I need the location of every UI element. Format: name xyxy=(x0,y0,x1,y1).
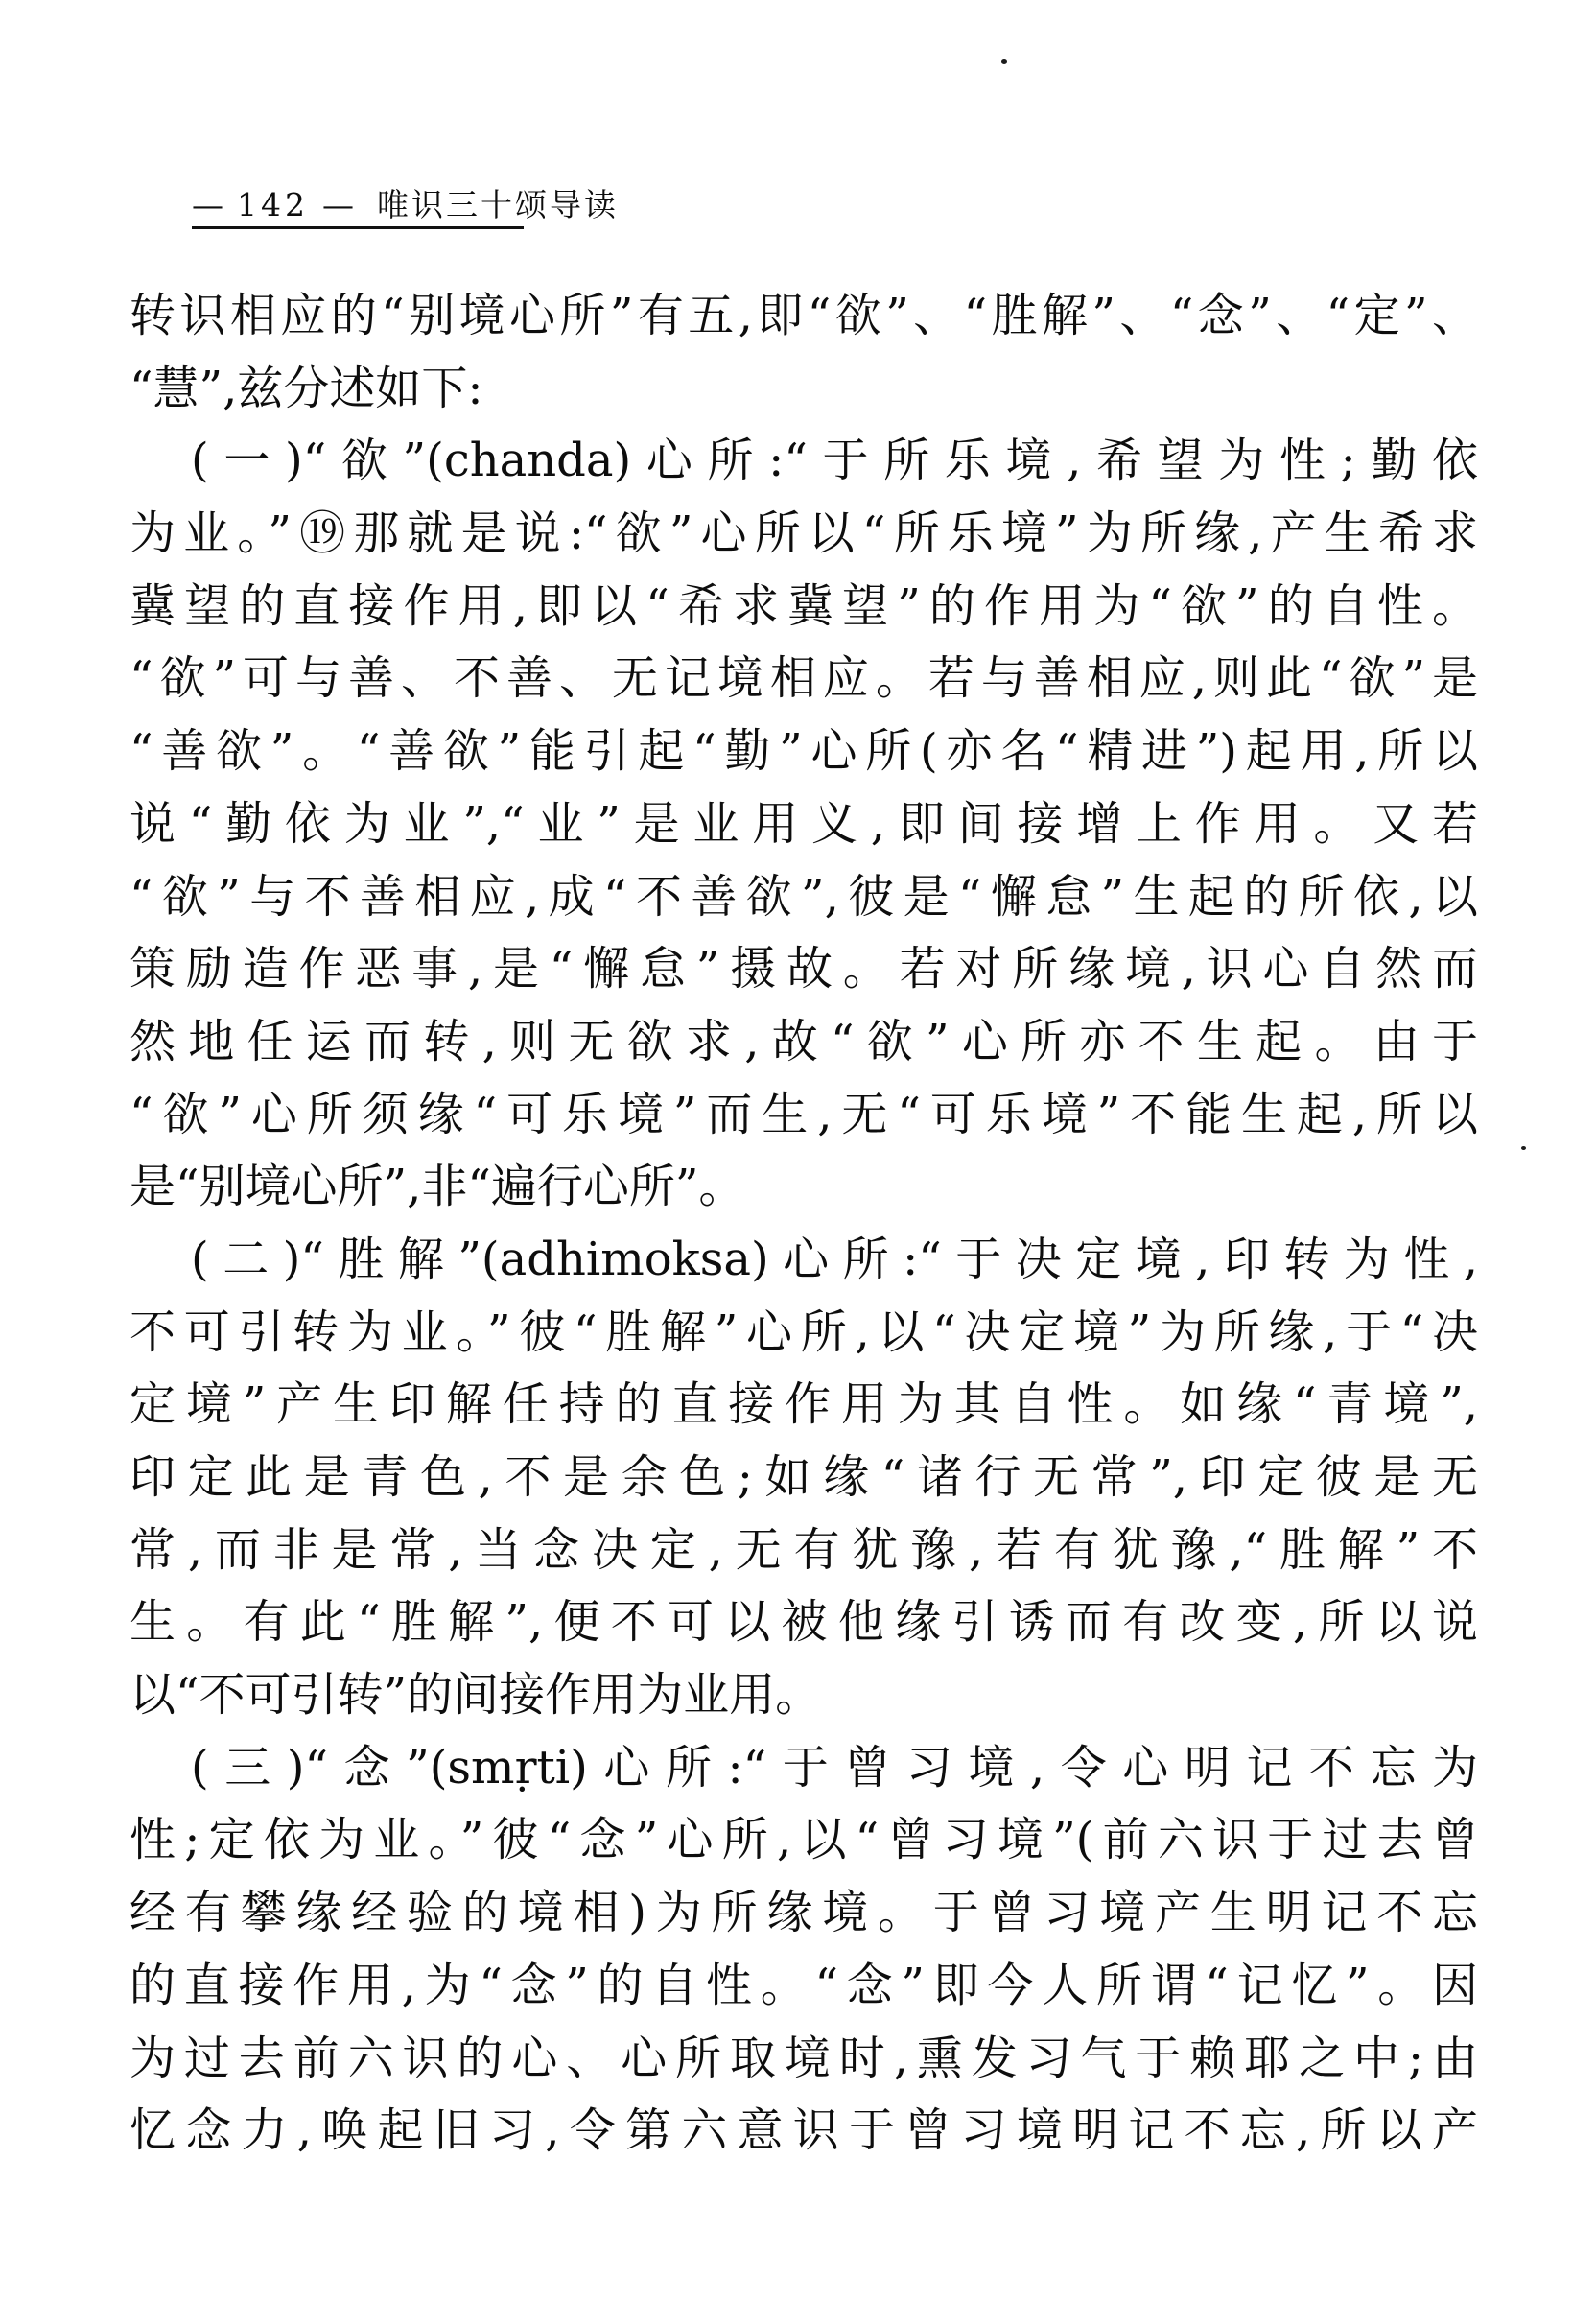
header-dash-left: — xyxy=(192,186,223,223)
text-line: 常,而非是常,当念决定,无有犹豫,若有犹豫,“胜解”不 xyxy=(129,1514,1478,1587)
text-line: 的直接作用,为“念”的自性。“念”即今人所谓“记忆”。因 xyxy=(129,1950,1478,2023)
body-text: 转识相应的“别境心所”有五,即“欲”、“胜解”、“念”、“定”、“慧”,兹分述如… xyxy=(129,280,1478,2168)
text-line: 以“不可引转”的间接作用为业用。 xyxy=(129,1659,1478,1732)
header-underline xyxy=(192,226,524,229)
text-line: 说“勤依为业”,“业”是业用义,即间接增上作用。又若 xyxy=(129,788,1478,861)
text-line: 印定此是青色,不是余色;如缘“诸行无常”,印定彼是无 xyxy=(129,1442,1478,1514)
text-line: (三)“念”(smṛti)心所:“于曾习境,令心明记不忘为 xyxy=(129,1732,1478,1805)
scan-speck xyxy=(1521,1146,1526,1150)
text-line: 生。有此“胜解”,便不可以被他缘引诱而有改变,所以说 xyxy=(129,1586,1478,1659)
text-line: 定境”产生印解任持的直接作用为其自性。如缘“青境”, xyxy=(129,1369,1478,1442)
text-line: 然地任运而转,则无欲求,故“欲”心所亦不生起。由于 xyxy=(129,1006,1478,1079)
header-dash-right: — xyxy=(322,186,354,223)
text-line: (二)“胜解”(adhimoksa)心所:“于决定境,印转为性, xyxy=(129,1224,1478,1297)
text-line: 为过去前六识的心、心所取境时,熏发习气于赖耶之中;由 xyxy=(129,2023,1478,2096)
running-title: 唯识三十颂导读 xyxy=(377,186,619,223)
text-line: (一)“欲”(chanda)心所:“于所乐境,希望为性;勤依 xyxy=(129,425,1478,498)
text-line: “欲”可与善、不善、无记境相应。若与善相应,则此“欲”是 xyxy=(129,643,1478,716)
text-line: “欲”心所须缘“可乐境”而生,无“可乐境”不能生起,所以 xyxy=(129,1079,1478,1152)
text-line: “欲”与不善相应,成“不善欲”,彼是“懈怠”生起的所依,以 xyxy=(129,861,1478,934)
text-line: 冀望的直接作用,即以“希求冀望”的作用为“欲”的自性。 xyxy=(129,571,1478,644)
text-line: 为业。”⑲那就是说:“欲”心所以“所乐境”为所缘,产生希求 xyxy=(129,498,1478,571)
text-line: “善欲”。“善欲”能引起“勤”心所(亦名“精进”)起用,所以 xyxy=(129,716,1478,788)
text-line: 经有攀缘经验的境相)为所缘境。于曾习境产生明记不忘 xyxy=(129,1877,1478,1950)
scan-speck xyxy=(1001,59,1007,64)
text-line: 是“别境心所”,非“遍行心所”。 xyxy=(129,1151,1478,1224)
text-line: 忆念力,唤起旧习,令第六意识于曾习境明记不忘,所以产 xyxy=(129,2095,1478,2168)
running-header: —142—唯识三十颂导读 xyxy=(192,184,619,226)
text-line: 策励造作恶事,是“懈怠”摄故。若对所缘境,识心自然而 xyxy=(129,933,1478,1006)
text-line: 性;定依为业。”彼“念”心所,以“曾习境”(前六识于过去曾 xyxy=(129,1804,1478,1877)
scanned-book-page: —142—唯识三十颂导读 转识相应的“别境心所”有五,即“欲”、“胜解”、“念”… xyxy=(0,0,1596,2301)
page-number: 142 xyxy=(237,186,309,223)
text-line: “慧”,兹分述如下: xyxy=(129,353,1478,426)
text-line: 转识相应的“别境心所”有五,即“欲”、“胜解”、“念”、“定”、 xyxy=(129,280,1478,353)
text-line: 不可引转为业。”彼“胜解”心所,以“决定境”为所缘,于“决 xyxy=(129,1297,1478,1370)
